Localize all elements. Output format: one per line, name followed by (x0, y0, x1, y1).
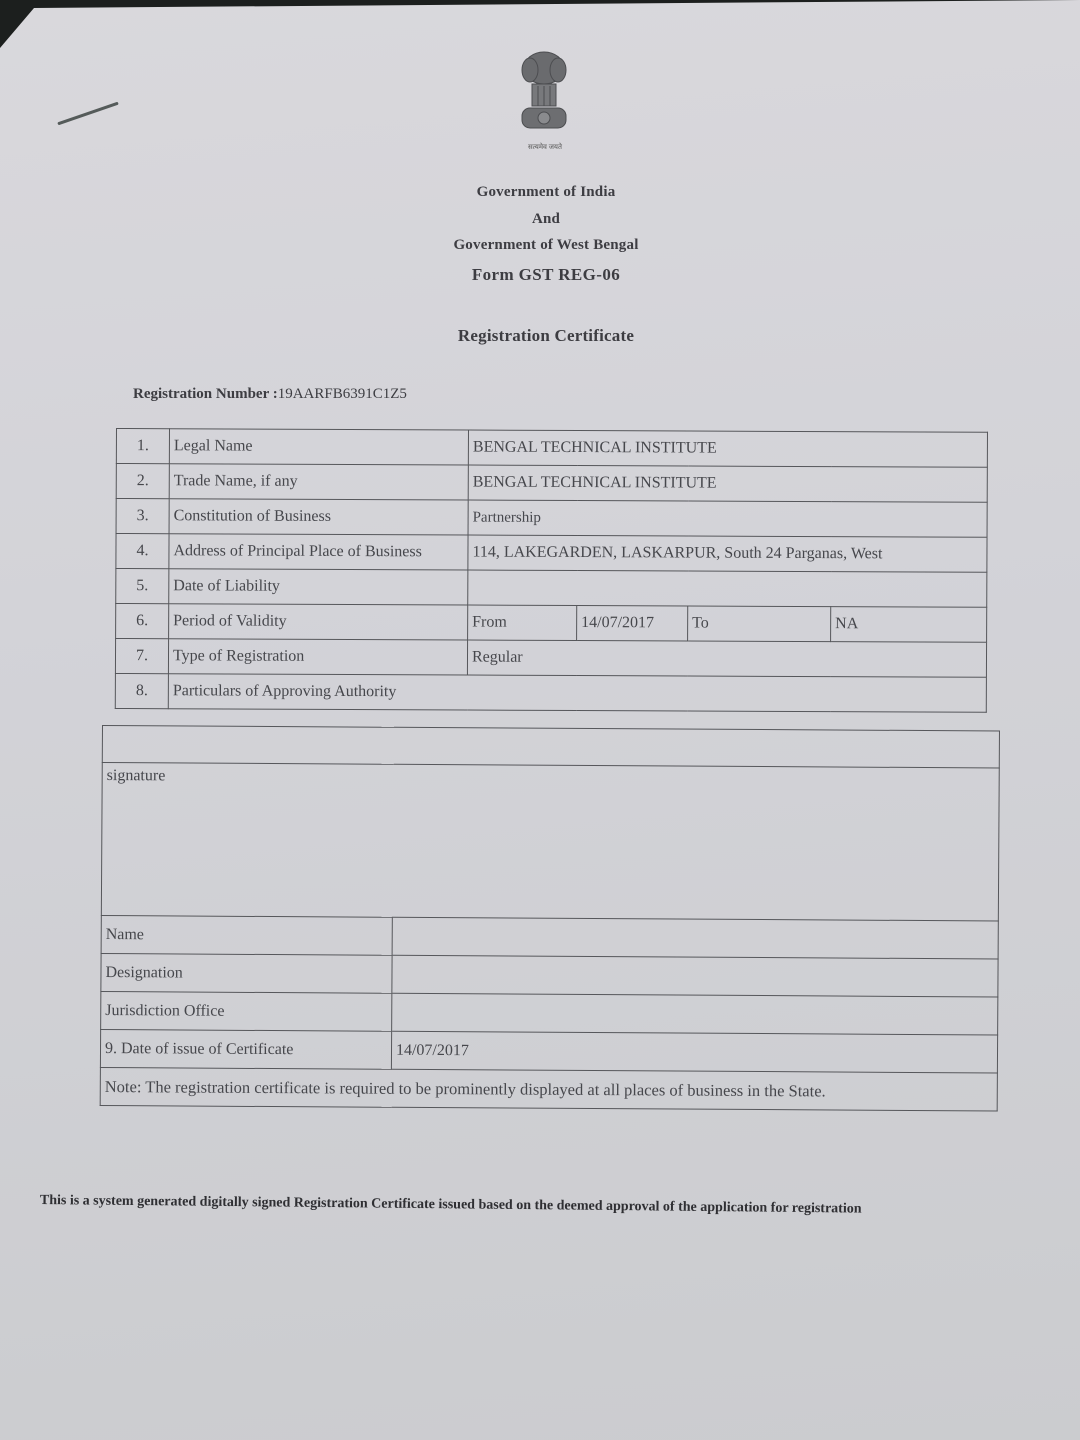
table-row: signature (101, 763, 999, 921)
table-row: Designation (101, 953, 998, 996)
table-row: Note: The registration certificate is re… (100, 1067, 997, 1110)
jurisdiction-label: Jurisdiction Office (101, 991, 392, 1031)
row-number: 5. (116, 569, 169, 604)
certificate-title: Registration Certificate (0, 326, 1080, 346)
signature-box: signature (101, 763, 999, 921)
table-row: 7. Type of Registration Regular (115, 639, 986, 678)
national-emblem-icon (512, 48, 576, 140)
row-number: 2. (116, 464, 169, 499)
legal-name-value: BENGAL TECHNICAL INSTITUTE (468, 430, 987, 467)
validity-from-value: 14/07/2017 (577, 606, 688, 641)
row-number: 4. (116, 534, 169, 569)
date-of-liability-value (468, 570, 987, 607)
display-note: Note: The registration certificate is re… (100, 1067, 997, 1110)
row-label: Address of Principal Place of Business (169, 534, 468, 570)
emblem-motto: सत्यमेव जयते (510, 143, 580, 152)
table-row: Name (101, 915, 998, 958)
designation-value (392, 955, 998, 997)
validity-to-value: NA (831, 607, 987, 643)
row-label: Trade Name, if any (169, 464, 468, 500)
row-number: 7. (115, 639, 168, 674)
address-value: 114, LAKEGARDEN, LASKARPUR, South 24 Par… (468, 535, 987, 572)
table-row: 6. Period of Validity From 14/07/2017 To… (116, 604, 987, 643)
blank-row (102, 726, 999, 768)
designation-label: Designation (101, 953, 392, 993)
row-label: Legal Name (169, 429, 468, 465)
validity-to-label: To (688, 606, 831, 642)
details-table: 1. Legal Name BENGAL TECHNICAL INSTITUTE… (115, 428, 988, 713)
row-label: Particulars of Approving Authority (168, 674, 986, 713)
table-row: 2. Trade Name, if any BENGAL TECHNICAL I… (116, 464, 987, 503)
header-government-west-bengal: Government of West Bengal (0, 237, 1080, 254)
table-row: 9. Date of issue of Certificate 14/07/20… (100, 1029, 997, 1072)
name-label: Name (101, 915, 392, 955)
jurisdiction-value (392, 993, 998, 1035)
row-number: 6. (116, 604, 169, 639)
form-title: Form GST REG-06 (0, 265, 1080, 285)
registration-number-value: 19AARFB6391C1Z5 (278, 386, 407, 402)
row-label: Period of Validity (169, 604, 468, 640)
table-row: 4. Address of Principal Place of Busines… (116, 534, 987, 573)
table-row: Jurisdiction Office (101, 991, 998, 1034)
table-row: 3. Constitution of Business Partnership (116, 499, 987, 538)
issue-date-label: 9. Date of issue of Certificate (100, 1029, 391, 1069)
registration-number-label: Registration Number : (133, 386, 278, 402)
table-row: 5. Date of Liability (116, 569, 987, 608)
row-number: 8. (115, 673, 168, 708)
name-value (392, 917, 998, 959)
issue-date-value: 14/07/2017 (391, 1031, 997, 1073)
table-row: 1. Legal Name BENGAL TECHNICAL INSTITUTE (116, 429, 987, 468)
row-label: Constitution of Business (169, 499, 468, 535)
row-label: Type of Registration (168, 639, 467, 675)
row-number: 3. (116, 499, 169, 534)
table-row (102, 726, 999, 768)
row-number: 1. (116, 429, 169, 464)
row-label: Date of Liability (169, 569, 468, 605)
validity-from-label: From (468, 605, 577, 640)
approving-authority-table: signature Name Designation Jurisdiction … (100, 725, 1000, 1111)
header-and: And (0, 211, 1080, 228)
constitution-value: Partnership (468, 500, 987, 537)
trade-name-value: BENGAL TECHNICAL INSTITUTE (468, 465, 987, 502)
table-row: 8. Particulars of Approving Authority (115, 673, 986, 712)
header-government-india: Government of India (0, 184, 1080, 201)
registration-number: Registration Number :19AARFB6391C1Z5 (133, 386, 407, 403)
registration-type-value: Regular (467, 640, 986, 677)
